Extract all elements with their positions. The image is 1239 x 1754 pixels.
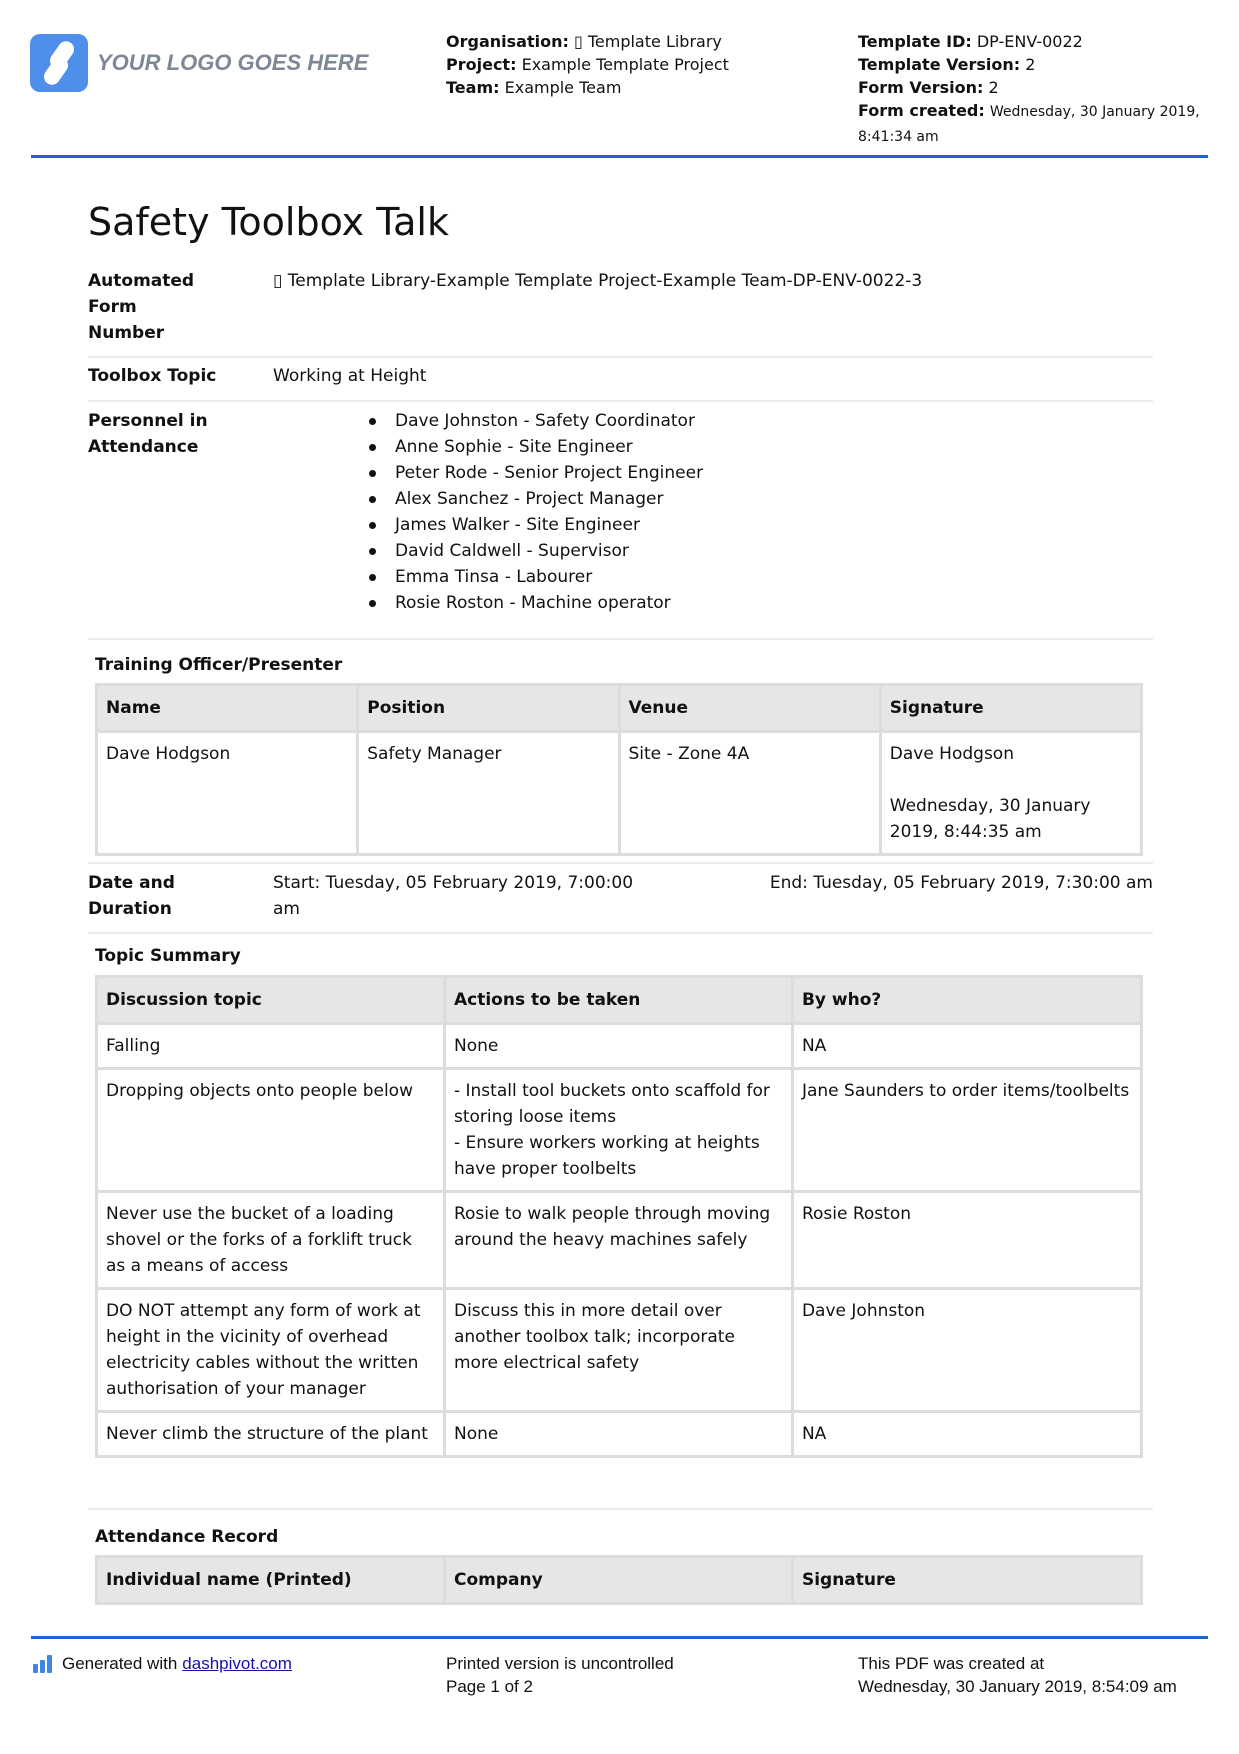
presenter-venue: Site - Zone 4A — [619, 732, 880, 855]
form-number-value: ▯ Template Library-Example Template Proj… — [273, 268, 922, 294]
personnel-item: Peter Rode - Senior Project Engineer — [333, 460, 703, 486]
col-attendance-signature: Signature — [792, 1557, 1141, 1604]
by-who-cell: Dave Johnston — [792, 1289, 1141, 1412]
date-duration-label: Date and Duration — [88, 870, 208, 922]
col-position: Position — [358, 685, 619, 732]
topic-summary-table: Discussion topic Actions to be taken By … — [95, 975, 1143, 1458]
footer-print-info: Printed version is uncontrolled Page 1 o… — [446, 1652, 674, 1698]
logo-icon — [30, 34, 88, 92]
form-number-row: Automated Form Number ▯ Template Library… — [88, 268, 1153, 358]
signature-date: Wednesday, 30 January 2019, 8:44:35 am — [890, 793, 1132, 845]
toolbox-topic-value: Working at Height — [273, 363, 426, 389]
pdf-created-prefix: This PDF was created at — [858, 1652, 1198, 1675]
org-meta: Organisation: ▯ Template Library Project… — [446, 30, 729, 99]
attendance-divider — [88, 1508, 1153, 1510]
actions-cell: - Install tool buckets onto scaffold for… — [444, 1069, 792, 1192]
presenter-position: Safety Manager — [358, 732, 619, 855]
col-individual-name: Individual name (Printed) — [97, 1557, 445, 1604]
discussion-topic-cell: Falling — [97, 1024, 445, 1069]
page-title: Safety Toolbox Talk — [88, 200, 449, 244]
form-version-line: Form Version: 2 — [858, 76, 1228, 99]
template-version-line: Template Version: 2 — [858, 53, 1228, 76]
form-created-line: Form created: Wednesday, 30 January 2019… — [858, 99, 1228, 149]
personnel-item: Alex Sanchez - Project Manager — [333, 486, 703, 512]
col-actions: Actions to be taken — [444, 977, 792, 1024]
uncontrolled-notice: Printed version is uncontrolled — [446, 1652, 674, 1675]
toolbox-topic-label: Toolbox Topic — [88, 363, 216, 389]
topic-row: Dropping objects onto people below- Inst… — [97, 1069, 1142, 1192]
by-who-cell: Rosie Roston — [792, 1192, 1141, 1289]
presenter-header-row: Name Position Venue Signature — [97, 685, 1142, 732]
topic-row: DO NOT attempt any form of work at heigh… — [97, 1289, 1142, 1412]
end-time: End: Tuesday, 05 February 2019, 7:30:00 … — [770, 870, 1153, 896]
page-number: Page 1 of 2 — [446, 1675, 674, 1698]
team-line: Team: Example Team — [446, 76, 729, 99]
personnel-row: Personnel in Attendance Dave Johnston - … — [88, 402, 1153, 640]
by-who-cell: NA — [792, 1412, 1141, 1457]
template-id-line: Template ID: DP-ENV-0022 — [858, 30, 1228, 53]
personnel-list-wrap: Dave Johnston - Safety CoordinatorAnne S… — [333, 408, 703, 616]
personnel-item: Emma Tinsa - Labourer — [333, 564, 703, 590]
attendance-header-row: Individual name (Printed) Company Signat… — [97, 1557, 1142, 1604]
topic-header-row: Discussion topic Actions to be taken By … — [97, 977, 1142, 1024]
discussion-topic-cell: DO NOT attempt any form of work at heigh… — [97, 1289, 445, 1412]
toolbox-topic-row: Toolbox Topic Working at Height — [88, 358, 1153, 402]
personnel-item: Dave Johnston - Safety Coordinator — [333, 408, 703, 434]
template-meta: Template ID: DP-ENV-0022 Template Versio… — [858, 30, 1228, 149]
document-header: YOUR LOGO GOES HERE Organisation: ▯ Temp… — [0, 0, 1239, 160]
topic-row: Never use the bucket of a loading shovel… — [97, 1192, 1142, 1289]
personnel-label: Personnel in Attendance — [88, 408, 238, 460]
personnel-item: David Caldwell - Supervisor — [333, 538, 703, 564]
presenter-signature: Dave Hodgson Wednesday, 30 January 2019,… — [880, 732, 1141, 855]
header-divider — [31, 155, 1208, 158]
col-venue: Venue — [619, 685, 880, 732]
project-line: Project: Example Template Project — [446, 53, 729, 76]
start-time: Start: Tuesday, 05 February 2019, 7:00:0… — [273, 870, 663, 922]
presenter-row: Dave Hodgson Safety Manager Site - Zone … — [97, 732, 1142, 855]
dashpivot-bars-icon — [33, 1655, 54, 1673]
organisation-line: Organisation: ▯ Template Library — [446, 30, 729, 53]
signature-name: Dave Hodgson — [890, 741, 1132, 767]
col-by-who: By who? — [792, 977, 1141, 1024]
footer-divider — [31, 1636, 1208, 1639]
personnel-item: Anne Sophie - Site Engineer — [333, 434, 703, 460]
footer-generated: Generated with dashpivot.com — [33, 1652, 292, 1675]
actions-cell: None — [444, 1024, 792, 1069]
actions-cell: Discuss this in more detail over another… — [444, 1289, 792, 1412]
topic-row: FallingNoneNA — [97, 1024, 1142, 1069]
discussion-topic-cell: Never use the bucket of a loading shovel… — [97, 1192, 445, 1289]
topic-row: Never climb the structure of the plantNo… — [97, 1412, 1142, 1457]
attendance-table: Individual name (Printed) Company Signat… — [95, 1555, 1143, 1605]
presenter-name: Dave Hodgson — [97, 732, 358, 855]
personnel-item: Rosie Roston - Machine operator — [333, 590, 703, 616]
footer-pdf-created: This PDF was created at Wednesday, 30 Ja… — [858, 1652, 1198, 1698]
discussion-topic-cell: Never climb the structure of the plant — [97, 1412, 445, 1457]
form-number-label: Automated Form Number — [88, 268, 218, 346]
actions-cell: Rosie to walk people through moving arou… — [444, 1192, 792, 1289]
dashpivot-link[interactable]: dashpivot.com — [182, 1652, 292, 1675]
date-duration-row: Date and Duration Start: Tuesday, 05 Feb… — [88, 862, 1153, 934]
by-who-cell: Jane Saunders to order items/toolbelts — [792, 1069, 1141, 1192]
col-signature: Signature — [880, 685, 1141, 732]
actions-cell: None — [444, 1412, 792, 1457]
topic-summary-title: Topic Summary — [95, 946, 241, 966]
attendance-title: Attendance Record — [95, 1527, 278, 1547]
discussion-topic-cell: Dropping objects onto people below — [97, 1069, 445, 1192]
personnel-list: Dave Johnston - Safety CoordinatorAnne S… — [333, 408, 703, 616]
presenter-table: Name Position Venue Signature Dave Hodgs… — [95, 683, 1143, 856]
generated-prefix: Generated with — [62, 1652, 177, 1675]
personnel-item: James Walker - Site Engineer — [333, 512, 703, 538]
col-company: Company — [444, 1557, 792, 1604]
col-discussion-topic: Discussion topic — [97, 977, 445, 1024]
presenter-section-title: Training Officer/Presenter — [95, 655, 342, 675]
pdf-created-value: Wednesday, 30 January 2019, 8:54:09 am — [858, 1675, 1198, 1698]
company-logo: YOUR LOGO GOES HERE — [30, 34, 368, 92]
by-who-cell: NA — [792, 1024, 1141, 1069]
col-name: Name — [97, 685, 358, 732]
logo-text: YOUR LOGO GOES HERE — [97, 50, 368, 76]
